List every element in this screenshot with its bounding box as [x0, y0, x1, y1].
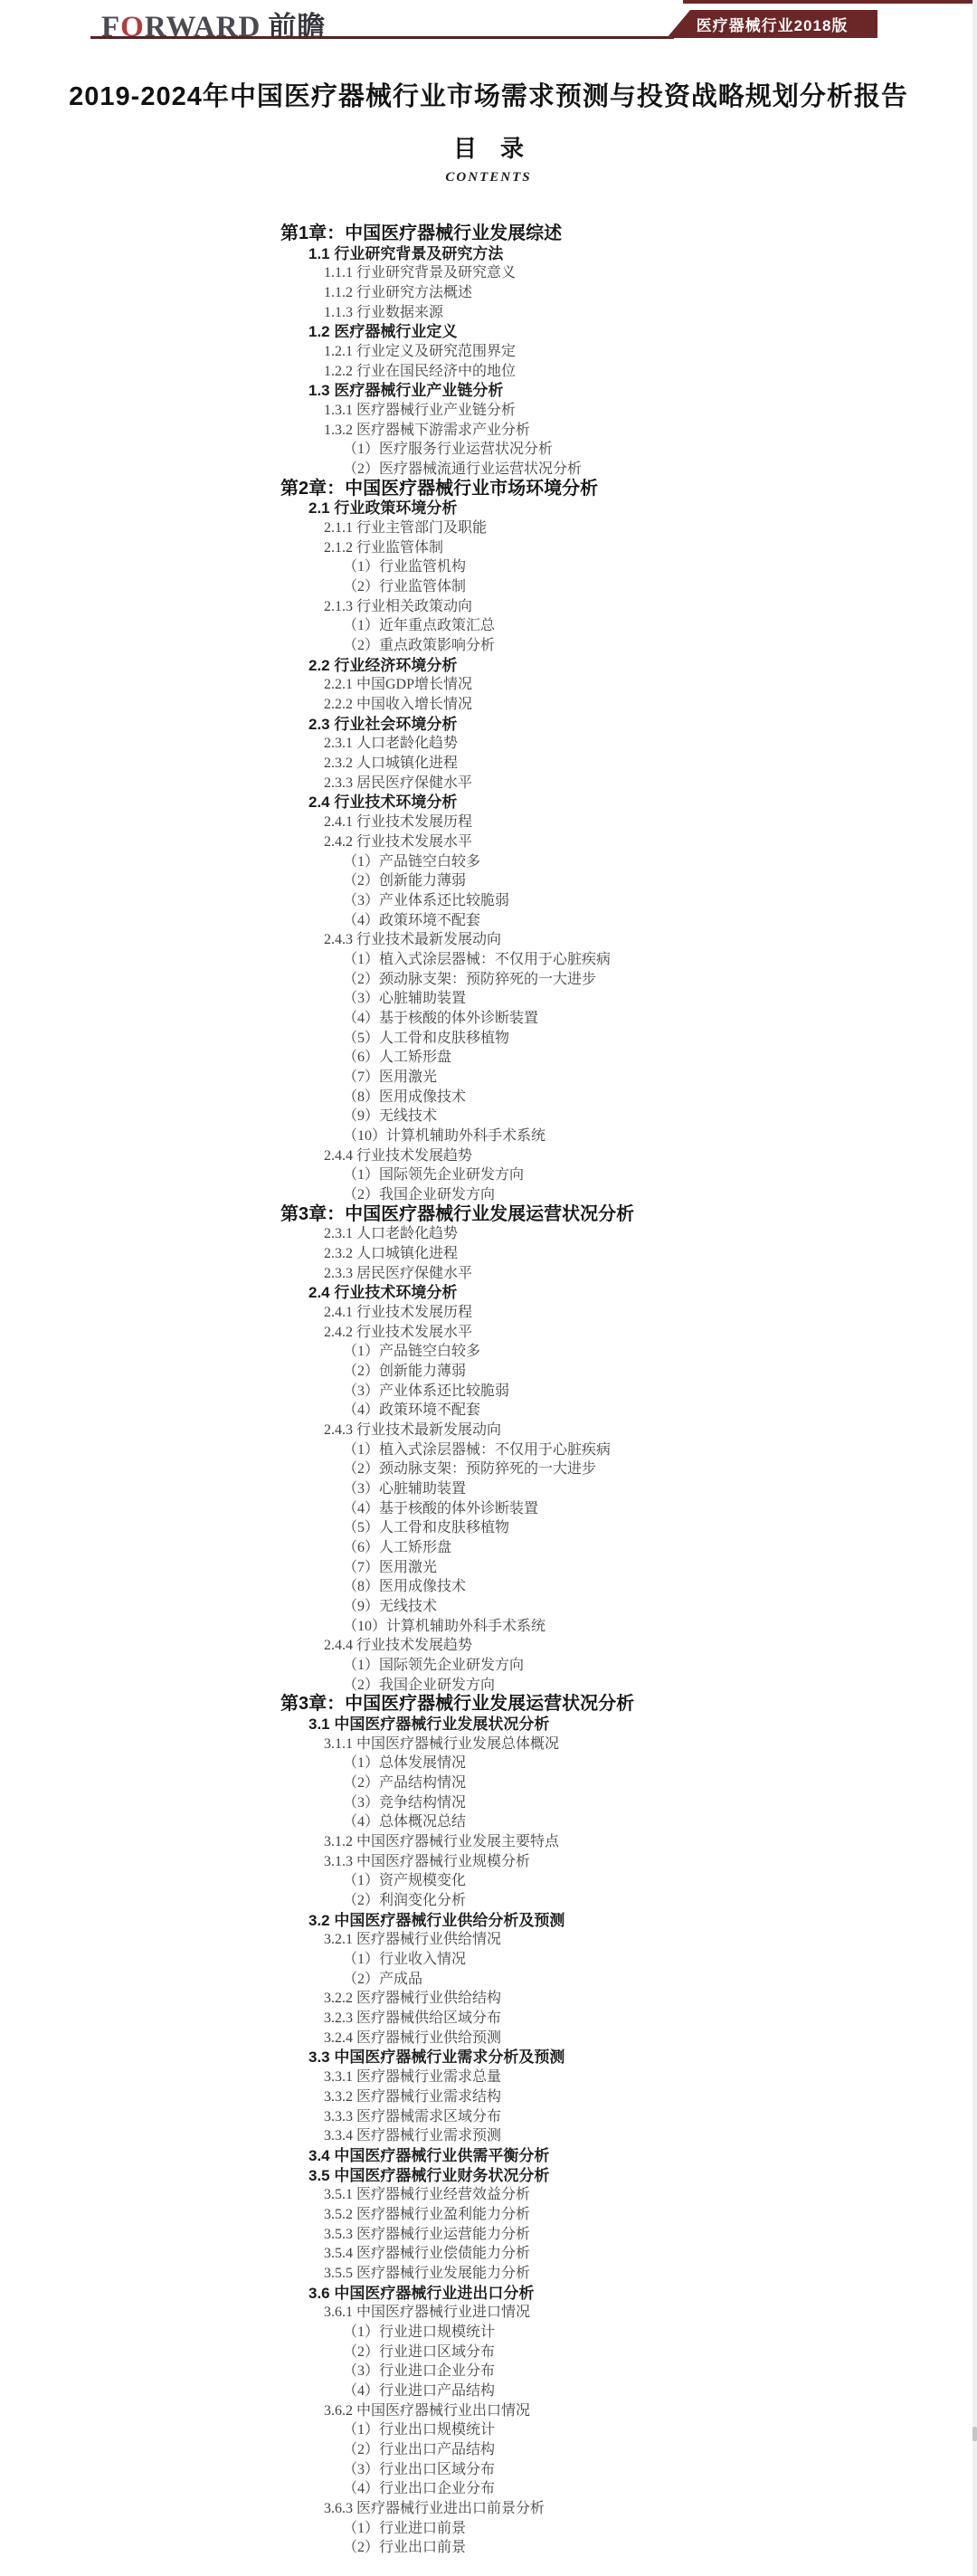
toc-item: （2）行业出口产品结构 — [0, 2440, 977, 2460]
toc-item-text: 1.2.1 行业定义及研究范围界定 — [324, 344, 516, 359]
toc-item: 3.1.1 中国医疗器械行业发展总体概况 — [0, 1735, 977, 1754]
toc-item: （4）政策环境不配套 — [0, 1401, 977, 1421]
toc-item-text: （1）产品链空白较多 — [343, 854, 480, 870]
toc-item: 3.5.5 医疗器械行业发展能力分析 — [0, 2264, 977, 2284]
toc-item: 3.5.1 医疗器械行业经营效益分析 — [0, 2185, 977, 2205]
edition-badge-label: 医疗器械行业2018版 — [697, 13, 849, 35]
toc-item: 3.2 中国医疗器械行业供给分析及预测 — [0, 1911, 977, 1931]
toc-item: （2）产成品 — [0, 1970, 977, 1990]
toc-item-text: 3.4 中国医疗器械行业供需平衡分析 — [308, 2147, 549, 2164]
toc-item: 3.5.4 医疗器械行业偿债能力分析 — [0, 2244, 977, 2264]
toc-item-text: （1）产品链空白较多 — [343, 1344, 480, 1359]
toc-item: 3.2.4 医疗器械行业供给预测 — [0, 2029, 977, 2048]
toc-item: 第1章：中国医疗器械行业发展综述 — [0, 224, 977, 244]
toc-item: （2）创新能力薄弱 — [0, 871, 977, 891]
toc-item-text: （6）人工矫形盘 — [343, 1050, 451, 1065]
toc-item: （4）总体概况总结 — [0, 1812, 977, 1832]
toc-item-text: （1）国际领先企业研发方向 — [343, 1167, 524, 1183]
toc-item-text: （4）政策环境不配套 — [343, 1402, 480, 1418]
toc-item: 3.5.3 医疗器械行业运营能力分析 — [0, 2225, 977, 2245]
toc-item-text: （4）政策环境不配套 — [343, 913, 480, 928]
toc-item: 2.3.3 居民医疗保健水平 — [0, 774, 977, 794]
toc-item: （1）植入式涂层器械：不仅用于心脏疾病 — [0, 950, 977, 970]
toc-item-text: （3）行业进口企业分布 — [343, 2363, 495, 2379]
toc-item: （1）近年重点政策汇总 — [0, 616, 977, 636]
toc-item: 3.3 中国医疗器械行业需求分析及预测 — [0, 2048, 977, 2067]
toc-item: （2）颈动脉支架：预防猝死的一大进步 — [0, 1459, 977, 1479]
toc-item-text: （1）行业进口前景 — [343, 2521, 466, 2536]
toc-item-text: 2.3.3 居民医疗保健水平 — [324, 1266, 472, 1281]
toc-item-text: 3.1 中国医疗器械行业发展状况分析 — [308, 1716, 549, 1733]
toc-item-text: （2）我国企业研发方向 — [343, 1187, 495, 1202]
toc-item-text: （3）产业体系还比较脆弱 — [343, 1383, 509, 1399]
toc-item: （2）颈动脉支架：预防猝死的一大进步 — [0, 970, 977, 990]
toc-item: 2.4.2 行业技术发展水平 — [0, 1323, 977, 1343]
toc-item-text: 2.1.2 行业监管体制 — [324, 540, 443, 556]
toc-item: 第3章：中国医疗器械行业发展运营状况分析 — [0, 1695, 977, 1715]
toc-item-text: 3.1.1 中国医疗器械行业发展总体概况 — [324, 1736, 559, 1752]
toc-item: 2.2.2 中国收入增长情况 — [0, 695, 977, 715]
toc-item: （3）心脏辅助装置 — [0, 1479, 977, 1499]
toc-item-text: 2.2.1 中国GDP增长情况 — [324, 677, 472, 692]
toc-item: 1.1.3 行业数据来源 — [0, 303, 977, 323]
toc-item-text: 2.4.4 行业技术发展趋势 — [324, 1148, 472, 1164]
toc-item-text: （5）人工骨和皮肤移植物 — [343, 1520, 509, 1535]
toc-item-text: （3）心脏辅助装置 — [343, 1481, 466, 1497]
toc-item: （1）行业进口规模统计 — [0, 2323, 977, 2343]
header-divider — [90, 36, 674, 39]
toc-item: 2.3.3 居民医疗保健水平 — [0, 1264, 977, 1284]
toc-item-text: 3.2.1 医疗器械行业供给情况 — [324, 1932, 501, 1947]
toc-item: 3.2.2 医疗器械行业供给结构 — [0, 1989, 977, 2009]
toc-item: 2.4.4 行业技术发展趋势 — [0, 1636, 977, 1656]
toc-item-text: （4）基于核酸的体外诊断装置 — [343, 1011, 538, 1026]
toc-item-text: 3.5 中国医疗器械行业财务状况分析 — [308, 2167, 549, 2184]
toc-item: （1）国际领先企业研发方向 — [0, 1165, 977, 1185]
toc-item-text: 3.2 中国医疗器械行业供给分析及预测 — [308, 1912, 564, 1929]
toc-item-text: 2.3.2 人口城镇化进程 — [324, 756, 458, 771]
toc-item-text: （1）行业监管机构 — [343, 559, 466, 575]
toc-item: 1.1.1 行业研究背景及研究意义 — [0, 263, 977, 283]
toc-item-text: 2.1 行业政策环境分析 — [308, 499, 457, 517]
toc-item-text: 2.3.2 人口城镇化进程 — [324, 1246, 458, 1261]
toc-item-text: （2）创新能力薄弱 — [343, 873, 466, 889]
toc-item: （10）计算机辅助外科手术系统 — [0, 1126, 977, 1146]
toc-item: 3.6.1 中国医疗器械行业进口情况 — [0, 2303, 977, 2323]
toc-item-text: （2）我国企业研发方向 — [343, 1678, 495, 1693]
toc-item-text: 2.1.3 行业相关政策动向 — [324, 599, 472, 614]
toc-item: （6）人工矫形盘 — [0, 1048, 977, 1068]
toc-item-text: （1）资产规模变化 — [343, 1873, 466, 1888]
toc-item: （6）人工矫形盘 — [0, 1538, 977, 1558]
toc-item-text: （1）行业收入情况 — [343, 1952, 466, 1967]
toc-item-text: （4）基于核酸的体外诊断装置 — [343, 1501, 538, 1516]
toc-item-text: 1.1.2 行业研究方法概述 — [324, 285, 472, 300]
toc-item: 1.3.1 医疗器械行业产业链分析 — [0, 401, 977, 421]
toc-item-text: 3.1.3 中国医疗器械行业规模分析 — [324, 1854, 530, 1869]
toc-item-text: 3.3 中国医疗器械行业需求分析及预测 — [308, 2048, 564, 2066]
toc-item: （3）产业体系还比较脆弱 — [0, 891, 977, 911]
toc-item-text: （3）心脏辅助装置 — [343, 991, 466, 1006]
toc-item: 1.1.2 行业研究方法概述 — [0, 283, 977, 303]
toc-item-text: 3.1.2 中国医疗器械行业发展主要特点 — [324, 1834, 559, 1849]
toc-list: 第1章：中国医疗器械行业发展综述 1.1 行业研究背景及研究方法 1.1.1 行… — [0, 224, 977, 2558]
toc-item-text: （2）产品结构情况 — [343, 1775, 466, 1791]
toc-item-text: 第3章：中国医疗器械行业发展运营状况分析 — [280, 1204, 634, 1224]
toc-item: 1.2 医疗器械行业定义 — [0, 322, 977, 342]
toc-item-text: （1）行业出口规模统计 — [343, 2422, 495, 2438]
toc-item-text: （1）近年重点政策汇总 — [343, 618, 495, 633]
toc-heading-cn: 目 录 — [0, 130, 977, 164]
toc-item: （1）产品链空白较多 — [0, 1342, 977, 1362]
toc-item-text: 2.3.1 人口老龄化趋势 — [324, 736, 458, 751]
toc-item-text: 3.3.3 医疗器械需求区域分布 — [324, 2109, 501, 2124]
toc-item: （2）行业监管体制 — [0, 577, 977, 597]
toc-item: 1.2.1 行业定义及研究范围界定 — [0, 342, 977, 362]
toc-item-text: （2）行业进口区域分布 — [343, 2344, 495, 2360]
toc-item: 3.5 中国医疗器械行业财务状况分析 — [0, 2166, 977, 2186]
toc-item-text: 2.4.2 行业技术发展水平 — [324, 834, 472, 850]
toc-item: 3.6.3 医疗器械行业进出口前景分析 — [0, 2499, 977, 2519]
toc-item: 2.4 行业技术环境分析 — [0, 1283, 977, 1303]
toc-item: （2）重点政策影响分析 — [0, 636, 977, 656]
toc-item: （4）行业出口企业分布 — [0, 2479, 977, 2499]
toc-item: （10）计算机辅助外科手术系统 — [0, 1617, 977, 1637]
toc-item-text: （7）医用激光 — [343, 1560, 437, 1575]
toc-item-text: （1）行业进口规模统计 — [343, 2324, 495, 2340]
toc-item-text: 3.2.2 医疗器械行业供给结构 — [324, 1991, 501, 2006]
toc-item-text: （2）医疗器械流通行业运营状况分析 — [343, 461, 582, 477]
toc-item: （9）无线技术 — [0, 1597, 977, 1617]
toc-item: （1）医疗服务行业运营状况分析 — [0, 440, 977, 460]
toc-item-text: 2.4 行业技术环境分析 — [308, 794, 457, 811]
toc-item-text: （1）植入式涂层器械：不仅用于心脏疾病 — [343, 1442, 611, 1458]
toc-item-text: 1.1 行业研究背景及研究方法 — [308, 245, 503, 262]
toc-item: 3.2.3 医疗器械供给区域分布 — [0, 2009, 977, 2029]
toc-item-text: 1.2.2 行业在国民经济中的地位 — [324, 364, 516, 379]
toc-item-text: 2.4.3 行业技术最新发展动向 — [324, 1422, 501, 1438]
toc-item-text: （1）医疗服务行业运营状况分析 — [343, 442, 553, 457]
toc-item-text: （2）重点政策影响分析 — [343, 638, 495, 653]
toc-item: 1.2.2 行业在国民经济中的地位 — [0, 362, 977, 382]
toc-item-text: （2）行业出口产品结构 — [343, 2442, 495, 2457]
toc-item: （2）行业进口区域分布 — [0, 2343, 977, 2362]
toc-item: 2.4.3 行业技术最新发展动向 — [0, 1421, 977, 1440]
toc-item: 3.2.1 医疗器械行业供给情况 — [0, 1930, 977, 1950]
toc-item-text: （1）植入式涂层器械：不仅用于心脏疾病 — [343, 952, 611, 967]
toc-item-text: 1.3.1 医疗器械行业产业链分析 — [324, 403, 516, 418]
toc-item: （2）我国企业研发方向 — [0, 1185, 977, 1205]
toc-item-text: 3.6.2 中国医疗器械行业出口情况 — [324, 2403, 530, 2419]
toc-heading-en: CONTENTS — [0, 170, 977, 185]
toc-item-text: 2.3 行业社会环境分析 — [308, 716, 457, 733]
badge-top-strip — [683, 0, 973, 4]
toc-item: （1）行业出口规模统计 — [0, 2420, 977, 2440]
toc-item-text: （5）人工骨和皮肤移植物 — [343, 1031, 509, 1046]
toc-item-text: 2.3.3 居民医疗保健水平 — [324, 775, 472, 791]
toc-item-text: 3.5.3 医疗器械行业运营能力分析 — [324, 2227, 530, 2242]
toc-item-text: （6）人工矫形盘 — [343, 1540, 451, 1555]
toc-item-text: （7）医用激光 — [343, 1069, 437, 1085]
toc-item: （4）行业进口产品结构 — [0, 2381, 977, 2401]
toc-item-text: （4）行业出口企业分布 — [343, 2481, 495, 2496]
toc-item: 2.1.2 行业监管体制 — [0, 538, 977, 558]
toc-item: （1）行业收入情况 — [0, 1950, 977, 1970]
toc-item: 3.3.2 医疗器械行业需求结构 — [0, 2087, 977, 2107]
toc-item-text: 1.1.1 行业研究背景及研究意义 — [324, 265, 516, 280]
toc-item-text: 第1章：中国医疗器械行业发展综述 — [280, 223, 562, 243]
toc-item: 2.4 行业技术环境分析 — [0, 793, 977, 813]
toc-item: 1.1 行业研究背景及研究方法 — [0, 244, 977, 264]
toc-item-text: 3.3.4 医疗器械行业需求预测 — [324, 2128, 501, 2143]
toc-item-text: 3.5.5 医疗器械行业发展能力分析 — [324, 2266, 530, 2281]
toc-item: 3.3.4 医疗器械行业需求预测 — [0, 2126, 977, 2146]
toc-item: （1）植入式涂层器械：不仅用于心脏疾病 — [0, 1440, 977, 1460]
toc-item-text: （3）产业体系还比较脆弱 — [343, 893, 509, 908]
toc-item: （3）产业体系还比较脆弱 — [0, 1382, 977, 1402]
toc-item: 2.3.1 人口老龄化趋势 — [0, 1224, 977, 1244]
toc-item: 2.4.1 行业技术发展历程 — [0, 813, 977, 832]
report-title: 2019-2024年中国医疗器械行业市场需求预测与投资战略规划分析报告 — [0, 76, 977, 113]
toc-item-text: 1.1.3 行业数据来源 — [324, 305, 443, 320]
toc-item: 2.3.2 人口城镇化进程 — [0, 1244, 977, 1264]
toc-item-text: （3）行业出口区域分布 — [343, 2462, 495, 2477]
toc-item: （1）产品链空白较多 — [0, 852, 977, 872]
edition-badge: 医疗器械行业2018版 — [667, 10, 877, 38]
toc-item-text: （2）利润变化分析 — [343, 1893, 466, 1908]
toc-item: 2.4.2 行业技术发展水平 — [0, 832, 977, 852]
toc-item: （2）行业出口前景 — [0, 2538, 977, 2558]
toc-item-text: 3.6 中国医疗器械行业进出口分析 — [308, 2285, 534, 2302]
toc-item: 2.3.2 人口城镇化进程 — [0, 754, 977, 774]
toc-item-text: 1.3 医疗器械行业产业链分析 — [308, 382, 503, 399]
toc-item: （1）国际领先企业研发方向 — [0, 1656, 977, 1676]
toc-item: （7）医用激光 — [0, 1558, 977, 1578]
toc-item: 3.3.3 医疗器械需求区域分布 — [0, 2107, 977, 2127]
toc-item-text: （2）颈动脉支架：预防猝死的一大进步 — [343, 972, 596, 987]
toc-item-text: （4）总体概况总结 — [343, 1814, 466, 1830]
scrollbar-thumb[interactable] — [972, 2427, 977, 2441]
toc-item-text: （9）无线技术 — [343, 1599, 437, 1614]
toc-item-text: 2.4.3 行业技术最新发展动向 — [324, 932, 501, 947]
toc-item: （2）利润变化分析 — [0, 1891, 977, 1911]
toc-item-text: 3.3.2 医疗器械行业需求结构 — [324, 2089, 501, 2105]
toc-item-text: （2）颈动脉支架：预防猝死的一大进步 — [343, 1461, 596, 1477]
toc-item-text: （1）总体发展情况 — [343, 1755, 466, 1771]
toc-item: （3）心脏辅助装置 — [0, 989, 977, 1009]
toc-item: （4）基于核酸的体外诊断装置 — [0, 1009, 977, 1029]
toc-item-text: 2.2 行业经济环境分析 — [308, 657, 457, 674]
toc-item-text: （8）医用成像技术 — [343, 1579, 466, 1594]
toc-item: （1）总体发展情况 — [0, 1754, 977, 1773]
toc-item: （3）行业出口区域分布 — [0, 2460, 977, 2480]
toc-item: （1）资产规模变化 — [0, 1871, 977, 1891]
toc-item: 3.1 中国医疗器械行业发展状况分析 — [0, 1715, 977, 1735]
toc-item-text: 2.4.4 行业技术发展趋势 — [324, 1638, 472, 1653]
toc-item: （1）行业监管机构 — [0, 557, 977, 577]
toc-item-text: 2.3.1 人口老龄化趋势 — [324, 1226, 458, 1241]
toc-item: （2）创新能力薄弱 — [0, 1362, 977, 1382]
toc-item: 3.5.2 医疗器械行业盈利能力分析 — [0, 2205, 977, 2225]
toc-item: 2.2 行业经济环境分析 — [0, 656, 977, 676]
toc-item-text: （1）国际领先企业研发方向 — [343, 1658, 524, 1673]
toc-item-text: 3.2.4 医疗器械行业供给预测 — [324, 2030, 501, 2046]
toc-item: 2.2.1 中国GDP增长情况 — [0, 675, 977, 695]
toc-item: 2.3.1 人口老龄化趋势 — [0, 734, 977, 754]
toc-item: 2.1 行业政策环境分析 — [0, 499, 977, 518]
toc-item-text: 3.6.3 医疗器械行业进出口前景分析 — [324, 2501, 545, 2516]
toc-item-text: 3.5.2 医疗器械行业盈利能力分析 — [324, 2207, 530, 2222]
toc-item-text: （4）行业进口产品结构 — [343, 2383, 495, 2399]
toc-item-text: （2）行业监管体制 — [343, 579, 466, 594]
toc-item: （5）人工骨和皮肤移植物 — [0, 1518, 977, 1538]
toc-item: 第3章：中国医疗器械行业发展运营状况分析 — [0, 1205, 977, 1225]
toc-item: （2）我国企业研发方向 — [0, 1676, 977, 1696]
toc-item-text: 3.6.1 中国医疗器械行业进口情况 — [324, 2305, 530, 2320]
toc-item-text: 第2章：中国医疗器械行业市场环境分析 — [280, 479, 598, 499]
toc-item-text: （9）无线技术 — [343, 1108, 437, 1124]
toc-item-text: 1.2 医疗器械行业定义 — [308, 323, 457, 340]
toc-item-text: 2.4 行业技术环境分析 — [308, 1284, 457, 1301]
toc-item: 2.1.3 行业相关政策动向 — [0, 597, 977, 617]
toc-item: 1.3.2 医疗器械下游需求产业分析 — [0, 421, 977, 441]
toc-item: （3）行业进口企业分布 — [0, 2362, 977, 2381]
toc-item-text: 1.3.2 医疗器械下游需求产业分析 — [324, 423, 530, 438]
toc-item-text: 3.5.4 医疗器械行业偿债能力分析 — [324, 2246, 530, 2261]
toc-item: 3.1.3 中国医疗器械行业规模分析 — [0, 1852, 977, 1872]
toc-item: （4）政策环境不配套 — [0, 911, 977, 931]
toc-item-text: （2）创新能力薄弱 — [343, 1364, 466, 1379]
toc-item: 2.4.1 行业技术发展历程 — [0, 1303, 977, 1323]
toc-item: （8）医用成像技术 — [0, 1577, 977, 1597]
scrollbar-track[interactable] — [972, 0, 977, 2576]
toc-item: 1.3 医疗器械行业产业链分析 — [0, 381, 977, 401]
toc-item-text: 第3章：中国医疗器械行业发展运营状况分析 — [280, 1694, 634, 1714]
toc-item: 3.3.1 医疗器械行业需求总量 — [0, 2067, 977, 2087]
toc-item-text: 2.4.1 行业技术发展历程 — [324, 814, 472, 830]
toc-item-text: 3.2.3 医疗器械供给区域分布 — [324, 2010, 501, 2026]
toc-item: 3.4 中国医疗器械行业供需平衡分析 — [0, 2146, 977, 2166]
toc-item-text: 2.4.2 行业技术发展水平 — [324, 1325, 472, 1340]
toc-item: （5）人工骨和皮肤移植物 — [0, 1029, 977, 1049]
toc-item: （2）产品结构情况 — [0, 1773, 977, 1793]
toc-item: 3.6.2 中国医疗器械行业出口情况 — [0, 2401, 977, 2421]
toc-item: 第2章：中国医疗器械行业市场环境分析 — [0, 480, 977, 499]
toc-item: 2.4.4 行业技术发展趋势 — [0, 1146, 977, 1166]
toc-item-text: 2.1.1 行业主管部门及职能 — [324, 520, 487, 536]
toc-item-text: 3.3.1 医疗器械行业需求总量 — [324, 2069, 501, 2085]
toc-item: 2.4.3 行业技术最新发展动向 — [0, 930, 977, 950]
report-toc-page: { "header": { "logo": { "f": "F", "o": "… — [0, 0, 977, 2576]
toc-item: （2）医疗器械流通行业运营状况分析 — [0, 460, 977, 480]
toc-item-text: 2.4.1 行业技术发展历程 — [324, 1305, 472, 1320]
toc-item-text: （8）医用成像技术 — [343, 1089, 466, 1105]
toc-item: （4）基于核酸的体外诊断装置 — [0, 1499, 977, 1519]
toc-item: （3）竞争结构情况 — [0, 1793, 977, 1813]
toc-item: 2.1.1 行业主管部门及职能 — [0, 518, 977, 538]
toc-item-text: （10）计算机辅助外科手术系统 — [343, 1619, 545, 1634]
toc-item-text: 2.2.2 中国收入增长情况 — [324, 697, 472, 712]
toc-item-text: （2）行业出口前景 — [343, 2540, 466, 2555]
toc-item-text: （10）计算机辅助外科手术系统 — [343, 1128, 545, 1144]
toc-item: 2.3 行业社会环境分析 — [0, 715, 977, 735]
toc-item: 3.6 中国医疗器械行业进出口分析 — [0, 2284, 977, 2304]
toc-item: （9）无线技术 — [0, 1107, 977, 1126]
toc-item: （7）医用激光 — [0, 1068, 977, 1088]
toc-item-text: 3.5.1 医疗器械行业经营效益分析 — [324, 2187, 530, 2202]
toc-item: 3.1.2 中国医疗器械行业发展主要特点 — [0, 1832, 977, 1852]
toc-item: （8）医用成像技术 — [0, 1088, 977, 1107]
toc-item: （1）行业进口前景 — [0, 2519, 977, 2539]
toc-item-text: （3）竞争结构情况 — [343, 1795, 466, 1811]
toc-item-text: （2）产成品 — [343, 1972, 422, 1987]
